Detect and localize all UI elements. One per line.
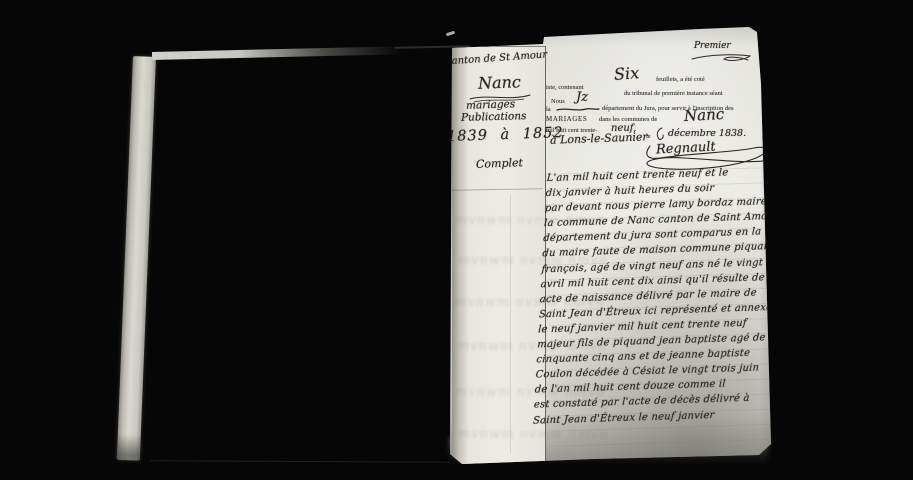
act-body: L'an mil huit cent trente neuf et le dix…	[533, 163, 806, 428]
form-judge-initial-handwritten: Jz	[576, 90, 588, 105]
form-printed-mariages: MARIAGES	[546, 115, 587, 123]
microfilm-scan-stage: Canton de St Amour Nanc mariages Publica…	[0, 0, 913, 480]
register-page: Canton de St Amour Nanc mariages Publica…	[444, 24, 776, 466]
cover-canton-label: Canton de St Amour	[444, 49, 548, 67]
form-printed-tribunal: du tribunal de première instance séant	[624, 90, 723, 97]
film-edge-strip-horizontal	[152, 46, 402, 60]
cover-complet-note: Complet	[476, 156, 523, 171]
form-printed-la: la	[546, 106, 551, 113]
cover-card: Canton de St Amour Nanc mariages Publica…	[452, 46, 546, 467]
folio-paraph-flourish	[690, 52, 754, 64]
cover-commune-label: Nanc	[478, 72, 521, 92]
form-printed-nous: Nous	[551, 98, 565, 105]
form-printed-feuillets: feuillets, a été coté	[656, 76, 705, 83]
form-sheet-count-handwritten: Six	[613, 63, 639, 84]
form-commune-handwritten: Nanc	[684, 105, 725, 125]
cover-type-publications: Publications	[461, 110, 527, 124]
film-edge-strip-vertical	[117, 56, 156, 461]
cover-fold-line	[510, 195, 511, 453]
page-corner-mark	[446, 31, 455, 37]
film-scratch-line	[150, 460, 450, 463]
cover-divider-rule	[452, 188, 543, 191]
form-strikethrough-scribble	[556, 106, 600, 113]
folio-number: Premier	[694, 41, 731, 51]
form-place-handwritten: à Lons-le-Saunier	[550, 130, 648, 146]
bleed-through-writing: mvnwm nvmw nmvn	[458, 427, 608, 442]
form-printed-communes-de: dans les communes de	[599, 116, 657, 123]
